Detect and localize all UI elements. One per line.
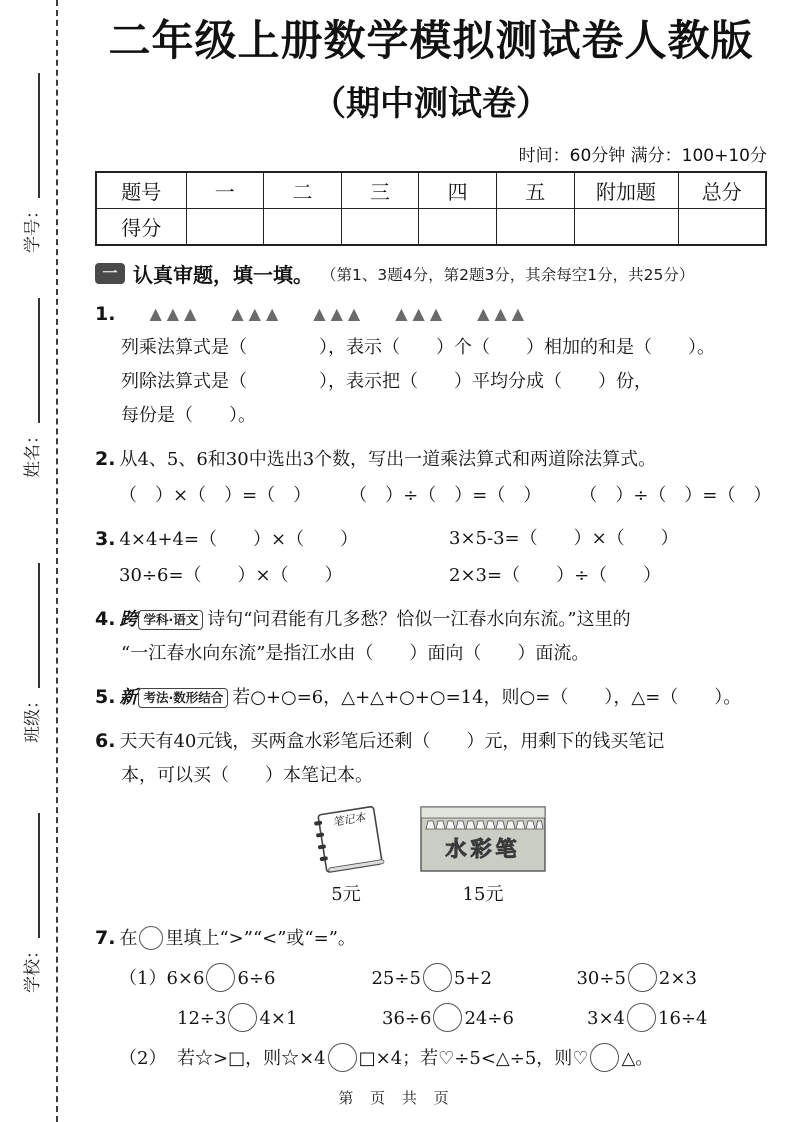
- q2-equation: （ ）÷（ ）=（ ）: [349, 479, 541, 513]
- section-title: 认真审题，填一填。: [133, 259, 313, 288]
- q4-line-1: 4.跨学科·语文诗句“问君能有几多愁？恰似一江春水向东流。”这里的: [95, 602, 767, 637]
- q5-text: 若○+○=6，△+△+○+○=14，则○=（ ），△=（ ）。: [232, 687, 741, 708]
- question-3: 3.4×4+4=（ ）×（ ） 3×5-3=（ ）×（ ） 30÷6=（ ）×（…: [95, 522, 767, 593]
- q7-sub1-row2: 12÷34×136÷624÷63×416÷4: [95, 1002, 767, 1036]
- q6-line-2: 本，可以买（ ）本笔记本。: [95, 759, 767, 793]
- score-cell: [678, 209, 766, 246]
- triangle-group: ▲▲▲: [231, 302, 283, 326]
- watercolor-box-illustration: 水彩笔: [418, 799, 548, 877]
- triangle-groups-row: 1. ▲▲▲▲▲▲▲▲▲▲▲▲▲▲▲: [95, 297, 767, 331]
- q6-text-1: 天天有40元钱，买两盒水彩笔后还剩（ ）元，用剩下的钱买笔记: [119, 731, 664, 752]
- compare-circle-blank: [328, 1043, 357, 1072]
- page-title: 二年级上册数学模拟测试卷人教版: [95, 16, 767, 66]
- score-header-cell: 附加题: [574, 172, 678, 209]
- section-score-note: （第1、3题4分，第2题3分，其余每空1分，共25分）: [321, 263, 694, 285]
- goods-images-row: 笔记本 5元: [300, 799, 767, 912]
- compare-item: 3×416÷4: [587, 1002, 792, 1036]
- q3-equation: 4×4+4=（ ）×（ ）: [119, 529, 358, 550]
- question-number: 1.: [95, 297, 115, 331]
- tag-prefix: 新: [119, 681, 137, 715]
- score-header-cell: 五: [496, 172, 574, 209]
- q7-sub1-row1: （1） 6×66÷625÷55+230÷52×3: [95, 962, 767, 996]
- question-number: 5.: [95, 686, 115, 708]
- score-cell: [264, 209, 342, 246]
- name-blank: [21, 298, 40, 423]
- q3-equation: 2×3=（ ）÷（ ）: [449, 559, 661, 593]
- question-number: 6.: [95, 730, 115, 752]
- sidebar-field-student-id: 学号：: [17, 47, 43, 279]
- q2-text: 从4、5、6和30中选出3个数，写出一道乘法算式和两道除法算式。: [119, 449, 656, 470]
- watercolor-label: 水彩笔: [446, 836, 521, 861]
- school-label: 学校：: [18, 942, 43, 993]
- score-header-cell: 二: [264, 172, 342, 209]
- new-method-tag: 新考法·数形结合: [119, 681, 228, 715]
- triangle-group: ▲▲▲: [477, 302, 529, 326]
- triangle-group: ▲▲▲: [395, 302, 447, 326]
- question-7: 7.在里填上“>”“<”或“=”。 （1） 6×66÷625÷55+230÷52…: [95, 921, 767, 1076]
- triangle-group: ▲▲▲: [149, 302, 201, 326]
- compare-items: 12÷34×136÷624÷63×416÷4: [177, 1002, 792, 1036]
- q7-intro-post: 里填上“>”“<”或“=”。: [165, 928, 355, 949]
- score-cell: [574, 209, 678, 246]
- tag-prefix: 跨: [119, 603, 137, 637]
- question-4: 4.跨学科·语文诗句“问君能有几多愁？恰似一江春水向东流。”这里的 “一江春水向…: [95, 602, 767, 671]
- question-1: 1. ▲▲▲▲▲▲▲▲▲▲▲▲▲▲▲ 列乘法算式是（ ），表示（ ）个（ ）相加…: [95, 297, 767, 433]
- student-id-blank: [21, 73, 40, 198]
- score-header-cell: 一: [186, 172, 264, 209]
- compare-circle-blank: [433, 1003, 462, 1032]
- score-cell: [186, 209, 264, 246]
- score-table: 题号 一 二 三 四 五 附加题 总分 得分: [95, 171, 767, 246]
- score-table-header-row: 题号 一 二 三 四 五 附加题 总分: [96, 172, 766, 209]
- q7-intro: 7.在里填上“>”“<”或“=”。: [95, 921, 767, 956]
- question-number: 2.: [95, 448, 115, 470]
- score-cell: [341, 209, 419, 246]
- name-label: 姓名：: [18, 427, 43, 478]
- score-header-cell: 四: [419, 172, 497, 209]
- q4-text-1: 诗句“问君能有几多愁？恰似一江春水向东流。”这里的: [207, 609, 630, 630]
- q2-equation: （ ）÷（ ）=（ ）: [579, 479, 771, 513]
- q2-equation: （ ）×（ ）=（ ）: [119, 479, 311, 513]
- question-number: 7.: [95, 927, 115, 949]
- q1-line-3: 每份是（ ）。: [95, 399, 767, 433]
- time-score-info: 时间：60分钟 满分：100+10分: [95, 141, 767, 166]
- tag-box: 考法·数形结合: [138, 688, 228, 708]
- compare-item: 12÷34×1: [177, 1002, 382, 1036]
- sidebar-field-school: 学校：: [17, 787, 43, 1019]
- compare-circle-blank: [627, 1003, 656, 1032]
- triangle-group: ▲▲▲: [313, 302, 365, 326]
- question-6: 6.天天有40元钱，买两盒水彩笔后还剩（ ）元，用剩下的钱买笔记 本，可以买（ …: [95, 724, 767, 912]
- watercolor-item: 水彩笔 15元: [418, 799, 548, 912]
- q2-text-line: 2.从4、5、6和30中选出3个数，写出一道乘法算式和两道除法算式。: [95, 442, 767, 477]
- q7-sub2-label: （2）: [119, 1042, 177, 1076]
- compare-item: 25÷55+2: [371, 962, 576, 996]
- q2-equations-row: （ ）×（ ）=（ ） （ ）÷（ ）=（ ） （ ）÷（ ）=（ ）: [95, 479, 767, 513]
- triangle-groups: ▲▲▲▲▲▲▲▲▲▲▲▲▲▲▲: [149, 302, 529, 326]
- notebook-price: 5元: [331, 878, 360, 912]
- q7-intro-pre: 在: [119, 928, 137, 949]
- compare-circle-blank: [590, 1043, 619, 1072]
- section-one-header: 一 认真审题，填一填。 （第1、3题4分，第2题3分，其余每空1分，共25分）: [95, 259, 767, 288]
- compare-circle-blank: [628, 963, 657, 992]
- q3-row-2: 30÷6=（ ）×（ ） 2×3=（ ）÷（ ）: [95, 559, 767, 593]
- compare-item: 30÷52×3: [576, 962, 781, 996]
- watercolor-price: 15元: [463, 878, 504, 912]
- question-5: 5.新考法·数形结合若○+○=6，△+△+○+○=14，则○=（ ），△=（ ）…: [95, 680, 767, 715]
- score-header-cell: 总分: [678, 172, 766, 209]
- question-number: 4.: [95, 608, 115, 630]
- score-cell: [496, 209, 574, 246]
- page-subtitle: （期中测试卷）: [95, 76, 767, 125]
- tag-box: 学科·语文: [138, 610, 203, 630]
- section-number-badge: 一: [95, 263, 125, 284]
- compare-circle-blank: [139, 926, 163, 950]
- page-footer: 第 页 共 页: [0, 1087, 793, 1108]
- compare-circle-blank: [228, 1003, 257, 1032]
- class-blank: [21, 563, 40, 688]
- q3-equation: 30÷6=（ ）×（ ）: [119, 559, 449, 593]
- notebook-illustration: 笔记本: [300, 799, 392, 877]
- q7-sub2-row: （2） 若☆>□，则☆×4□×4；若♡÷5<△÷5，则♡△。: [95, 1042, 767, 1076]
- compare-item: 6×66÷6: [166, 962, 371, 996]
- fold-dashed-line: [56, 0, 58, 1122]
- sidebar-field-name: 姓名：: [17, 272, 43, 504]
- school-blank: [21, 813, 40, 938]
- q3-equation: 3×5-3=（ ）×（ ）: [449, 522, 679, 557]
- compare-circle-blank: [423, 963, 452, 992]
- score-table-value-row: 得分: [96, 209, 766, 246]
- q7-sub2-content: 若☆>□，则☆×4□×4；若♡÷5<△÷5，则♡△。: [177, 1042, 653, 1076]
- score-header-cell: 题号: [96, 172, 186, 209]
- score-header-cell: 三: [341, 172, 419, 209]
- score-row-label: 得分: [96, 209, 186, 246]
- compare-circle-blank: [206, 963, 235, 992]
- sidebar-field-class: 班级：: [17, 537, 43, 769]
- class-label: 班级：: [18, 692, 43, 743]
- notebook-item: 笔记本 5元: [300, 799, 392, 912]
- q6-line-1: 6.天天有40元钱，买两盒水彩笔后还剩（ ）元，用剩下的钱买笔记: [95, 724, 767, 759]
- cross-subject-tag: 跨学科·语文: [119, 603, 203, 637]
- question-2: 2.从4、5、6和30中选出3个数，写出一道乘法算式和两道除法算式。 （ ）×（…: [95, 442, 767, 513]
- q3-row-1: 3.4×4+4=（ ）×（ ） 3×5-3=（ ）×（ ）: [95, 522, 767, 557]
- q7-sub1-label: （1）: [119, 962, 166, 996]
- compare-item: 36÷624÷6: [382, 1002, 587, 1036]
- q1-line-1: 列乘法算式是（ ），表示（ ）个（ ）相加的和是（ ）。: [95, 331, 767, 365]
- student-id-label: 学号：: [18, 202, 43, 253]
- test-paper-page: 学号： 姓名： 班级： 学校： 二年级上册数学模拟测试卷人教版 （期中测试卷） …: [0, 0, 793, 1122]
- question-number: 3.: [95, 528, 115, 550]
- q4-line-2: “一江春水向东流”是指江水由（ ）面向（ ）面流。: [95, 637, 767, 671]
- compare-items: 6×66÷625÷55+230÷52×3: [166, 962, 781, 996]
- score-cell: [419, 209, 497, 246]
- q1-line-2: 列除法算式是（ ），表示把（ ）平均分成（ ）份，: [95, 365, 767, 399]
